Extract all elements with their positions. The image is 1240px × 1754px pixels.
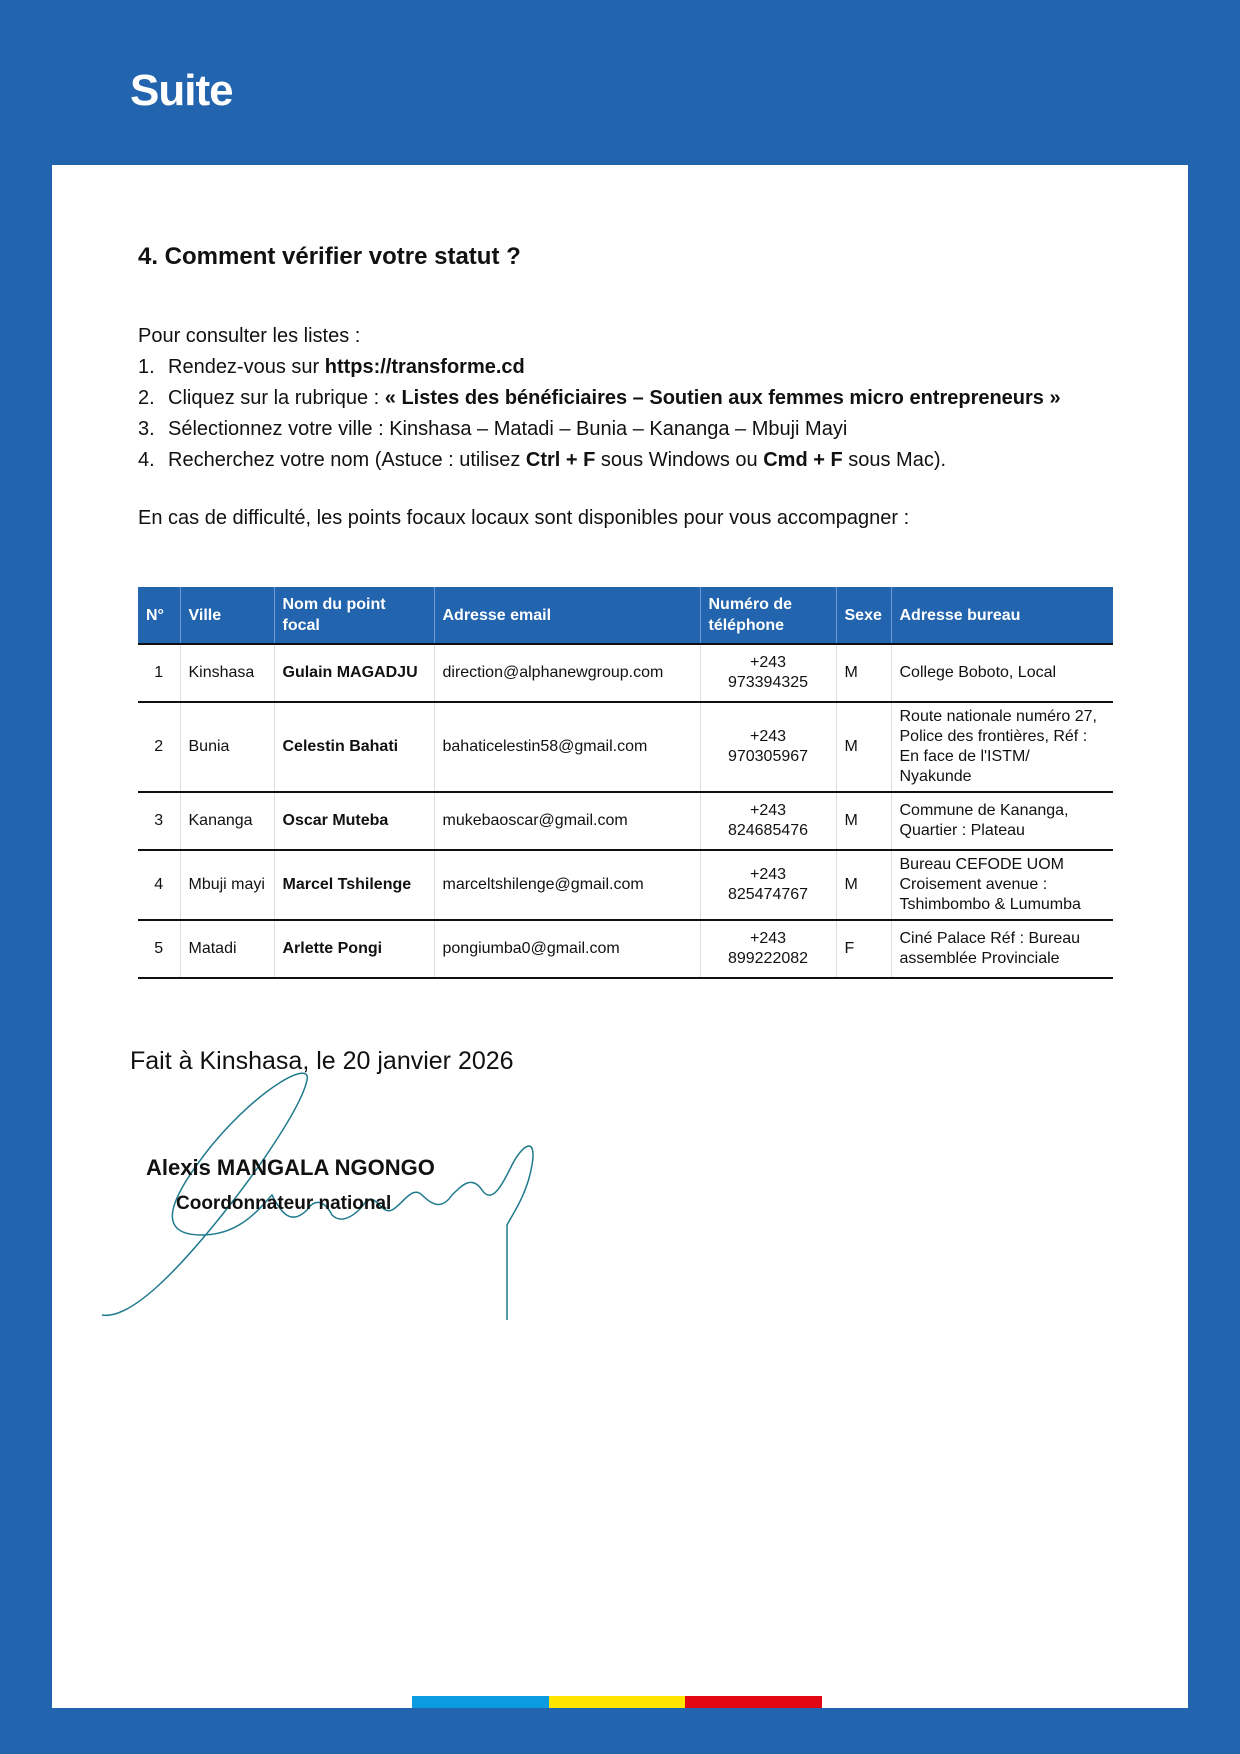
- flag-red-segment: [685, 1696, 822, 1708]
- help-text: En cas de difficulté, les points focaux …: [138, 507, 909, 530]
- rubric-name: « Listes des bénéficiaires – Soutien aux…: [385, 387, 1061, 409]
- cell-focal-name: Oscar Muteba: [274, 792, 434, 850]
- cell-email: marceltshilenge@gmail.com: [434, 850, 700, 920]
- table-row: 3KanangaOscar Mutebamukebaoscar@gmail.co…: [138, 792, 1113, 850]
- cell-phone: +243973394325: [700, 644, 836, 702]
- cell-office-address: Ciné Palace Réf : Bureau assemblée Provi…: [891, 920, 1113, 978]
- table-row: 5MatadiArlette Pongipongiumba0@gmail.com…: [138, 920, 1113, 978]
- phone-number: 824685476: [709, 821, 828, 841]
- section-title: 4. Comment vérifier votre statut ?: [138, 243, 521, 271]
- cell-email: bahaticelestin58@gmail.com: [434, 702, 700, 792]
- intro-text: Pour consulter les listes :: [138, 321, 360, 352]
- phone-number: 899222082: [709, 949, 828, 969]
- cell-sex: M: [836, 702, 891, 792]
- cell-phone: +243825474767: [700, 850, 836, 920]
- cell-focal-name: Arlette Pongi: [274, 920, 434, 978]
- table-row: 4Mbuji mayiMarcel Tshilengemarceltshilen…: [138, 850, 1113, 920]
- cell-office-address: Route nationale numéro 27, Police des fr…: [891, 702, 1113, 792]
- cell-email: pongiumba0@gmail.com: [434, 920, 700, 978]
- cell-focal-name: Gulain MAGADJU: [274, 644, 434, 702]
- table-row: 2BuniaCelestin Bahatibahaticelestin58@gm…: [138, 702, 1113, 792]
- cell-number: 5: [138, 920, 180, 978]
- col-header-office-address: Adresse bureau: [891, 587, 1113, 644]
- phone-prefix: +243: [709, 653, 828, 673]
- col-header-sex: Sexe: [836, 587, 891, 644]
- cell-office-address: College Boboto, Local: [891, 644, 1113, 702]
- cell-phone: +243824685476: [700, 792, 836, 850]
- phone-number: 970305967: [709, 747, 828, 767]
- col-header-number: N°: [138, 587, 180, 644]
- cell-focal-name: Celestin Bahati: [274, 702, 434, 792]
- phone-prefix: +243: [709, 727, 828, 747]
- step-4: 4. Recherchez votre nom (Astuce : utilis…: [138, 445, 1061, 476]
- document-sheet: 4. Comment vérifier votre statut ? Pour …: [52, 165, 1188, 1708]
- cell-office-address: Bureau CEFODE UOM Croisement avenue : Ts…: [891, 850, 1113, 920]
- col-header-city: Ville: [180, 587, 274, 644]
- cell-sex: M: [836, 644, 891, 702]
- cell-city: Kinshasa: [180, 644, 274, 702]
- cell-email: direction@alphanewgroup.com: [434, 644, 700, 702]
- cell-phone: +243970305967: [700, 702, 836, 792]
- col-header-phone: Numéro de téléphone: [700, 587, 836, 644]
- table-header-row: N° Ville Nom du point focal Adresse emai…: [138, 587, 1113, 644]
- table-row: 1KinshasaGulain MAGADJUdirection@alphane…: [138, 644, 1113, 702]
- cell-number: 3: [138, 792, 180, 850]
- cell-city: Matadi: [180, 920, 274, 978]
- cell-number: 1: [138, 644, 180, 702]
- cell-focal-name: Marcel Tshilenge: [274, 850, 434, 920]
- cell-sex: F: [836, 920, 891, 978]
- phone-number: 825474767: [709, 885, 828, 905]
- flag-yellow-segment: [549, 1696, 686, 1708]
- col-header-email: Adresse email: [434, 587, 700, 644]
- cell-city: Mbuji mayi: [180, 850, 274, 920]
- focal-points-table: N° Ville Nom du point focal Adresse emai…: [138, 587, 1113, 979]
- page-header-title: Suite: [130, 66, 233, 116]
- flag-color-bar: [412, 1696, 822, 1708]
- phone-prefix: +243: [709, 929, 828, 949]
- cell-number: 4: [138, 850, 180, 920]
- step-1: 1. Rendez-vous sur https://transforme.cd: [138, 352, 1061, 383]
- phone-prefix: +243: [709, 865, 828, 885]
- step-3: 3. Sélectionnez votre ville : Kinshasa –…: [138, 414, 1061, 445]
- signer-role: Coordonnateur national: [176, 1193, 391, 1215]
- cell-sex: M: [836, 792, 891, 850]
- signer-name: Alexis MANGALA NGONGO: [146, 1155, 435, 1181]
- phone-prefix: +243: [709, 801, 828, 821]
- cell-email: mukebaoscar@gmail.com: [434, 792, 700, 850]
- flag-blue-segment: [412, 1696, 549, 1708]
- col-header-focal-name: Nom du point focal: [274, 587, 434, 644]
- phone-number: 973394325: [709, 673, 828, 693]
- step-2: 2. Cliquez sur la rubrique : « Listes de…: [138, 383, 1061, 414]
- cell-city: Kananga: [180, 792, 274, 850]
- cell-office-address: Commune de Kananga, Quartier : Plateau: [891, 792, 1113, 850]
- website-link[interactable]: https://transforme.cd: [325, 356, 525, 378]
- cell-city: Bunia: [180, 702, 274, 792]
- steps-list: 1. Rendez-vous sur https://transforme.cd…: [138, 352, 1061, 476]
- cell-phone: +243899222082: [700, 920, 836, 978]
- cell-number: 2: [138, 702, 180, 792]
- cell-sex: M: [836, 850, 891, 920]
